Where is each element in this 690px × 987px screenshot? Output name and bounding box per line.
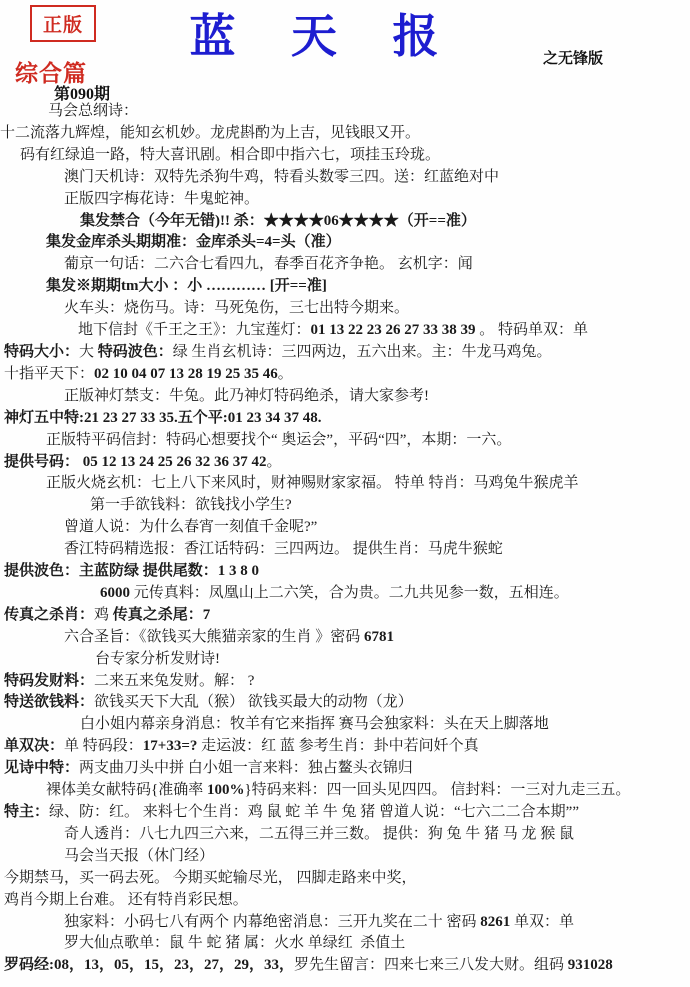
text-segment: 独家料：小码七八有两个 内幕绝密消息：三开九奖在二十 密码 xyxy=(64,914,480,930)
text-line: 台专家分析发财诗! xyxy=(0,649,690,671)
text-line: 6000 元传真料：凤凰山上二六笑，合为贵。二九共见参一数，五相连。 xyxy=(0,583,690,605)
text-segment: 提供波色：主蓝防绿 提供尾数： xyxy=(4,563,218,579)
text-line: 马会当天报（休门经） xyxy=(0,846,690,868)
text-line: 香江特码精选报：香江话特码：三四两边。 提供生肖：马虎牛猴蛇 xyxy=(0,539,690,561)
text-line: 独家料：小码七八有两个 内幕绝密消息：三开九奖在二十 密码 8261 单双：单 xyxy=(0,912,690,934)
text-segment: 。 xyxy=(278,366,293,382)
text-line: 传真之杀肖：鸡 传真之杀尾：7 xyxy=(0,605,690,627)
text-segment: 单双：单 xyxy=(510,914,574,930)
text-segment: 1 3 8 0 xyxy=(218,563,259,579)
text-segment: 01 13 22 23 26 27 33 38 39 xyxy=(311,322,476,338)
text-segment: 十二流落九辉煌，能知玄机妙。龙虎斟酌为上吉，见钱眼又开。 xyxy=(0,125,420,141)
text-segment: 马会总纲诗： xyxy=(48,103,138,119)
newspaper-page: 蓝 天 报 正版 之无锋版 综合篇 第090期 马会总纲诗：十二流落九辉煌，能知… xyxy=(0,0,690,987)
text-line: 白小姐内幕亲身消息：牧羊有它来指挥 赛马会独家料：头在天上脚落地 xyxy=(0,714,690,736)
text-segment: 地下信封《千王之王》：九宝莲灯： xyxy=(78,322,311,338)
text-segment: 台专家分析发财诗! xyxy=(95,651,220,667)
text-segment: 正版四字梅花诗：牛鬼蛇神。 xyxy=(64,191,259,207)
authentic-badge: 正版 xyxy=(30,5,96,42)
text-segment: 单 特码段： xyxy=(64,738,143,754)
text-segment: 特送欲钱料： xyxy=(4,694,94,710)
text-segment: 02 10 04 07 13 28 19 25 35 46 xyxy=(94,366,278,382)
text-segment: 7 xyxy=(203,607,211,623)
text-line: 正版四字梅花诗：牛鬼蛇神。 xyxy=(0,189,690,211)
text-segment: 集发※期期 xyxy=(46,278,121,294)
text-line: 神灯五中特:21 23 27 33 35.五个平:01 23 34 37 48. xyxy=(0,408,690,430)
text-segment: 罗先生留言：四来七来三八发大财。组码 xyxy=(294,957,568,973)
document-body: 马会总纲诗：十二流落九辉煌，能知玄机妙。龙虎斟酌为上吉，见钱眼又开。码有红绿追一… xyxy=(0,101,690,977)
text-line: 集发金库杀头期期准：金库杀头=4=头（准） xyxy=(0,232,690,254)
text-segment: 。 xyxy=(267,454,282,470)
text-segment: 特码大小： xyxy=(4,344,79,360)
text-line: 火车头：烧伤马。诗：马死兔伤，三七出特今期来。 xyxy=(0,298,690,320)
text-segment: 传真之杀尾： xyxy=(113,607,203,623)
text-segment: 十指平天下： xyxy=(4,366,94,382)
text-segment: 集发金库杀头期期准：金库杀头=4=头（准） xyxy=(46,234,341,250)
text-segment: 05 12 13 24 25 26 32 36 37 42 xyxy=(83,454,267,470)
text-segment: 走运波：红 蓝 参考生肖：卦中若问奷个真 xyxy=(197,738,478,754)
text-segment: 特主： xyxy=(4,804,49,820)
text-segment: tm xyxy=(121,278,139,294)
text-line: 特码大小：大 特码波色：绿 生肖玄机诗：三四两边，五六出来。主：牛龙马鸡兔。 xyxy=(0,342,690,364)
text-segment: 第一手欲钱料：欲钱找小学生? xyxy=(90,497,292,513)
text-line: 地下信封《千王之王》：九宝莲灯：01 13 22 23 26 27 33 38 … xyxy=(0,320,690,342)
text-segment: 马会当天报（休门经） xyxy=(64,848,214,864)
text-segment: 集发禁合（今年无错)!! 杀： xyxy=(80,213,264,229)
text-segment: ★★★★06★★★★ xyxy=(264,213,399,229)
text-line: 罗大仙点歌单：鼠 牛 蛇 猪 属：火水 单绿红 杀值土 xyxy=(0,933,690,955)
text-segment: 6000 xyxy=(100,585,130,601)
text-line: 第一手欲钱料：欲钱找小学生? xyxy=(0,495,690,517)
text-segment: 曾道人说：为什么春宵一刻值千金呢?” xyxy=(64,519,317,535)
text-line: 提供号码： 05 12 13 24 25 26 32 36 37 42。 xyxy=(0,452,690,474)
text-line: 特送欲钱料：欲钱买天下大乱（猴） 欲钱买最大的动物（龙） xyxy=(0,692,690,714)
text-line: 正版特平码信封：特码心想要找个“ 奥运会”，平码“四”，本期：一六。 xyxy=(0,430,690,452)
text-segment: 六合圣旨：《欲钱买大熊猫亲家的生肖 》密码 xyxy=(64,629,364,645)
text-segment: 单双决： xyxy=(4,738,64,754)
text-segment: 特码发财料： xyxy=(4,673,94,689)
text-line: 澳门天机诗：双特先杀狗牛鸡，特看头数零三四。送：红蓝绝对中 xyxy=(0,167,690,189)
text-segment: 大小 ：小 ………… [开==准] xyxy=(139,278,327,294)
text-line: 集发※期期tm大小 ：小 ………… [开==准] xyxy=(0,276,690,298)
text-line: 单双决：单 特码段：17+33=? 走运波：红 蓝 参考生肖：卦中若问奷个真 xyxy=(0,736,690,758)
text-segment: 裸体美女献特码{准确率 xyxy=(46,782,207,798)
text-segment: 传真之杀肖： xyxy=(4,607,94,623)
text-segment: 元传真料：凤凰山上二六笑，合为贵。二九共见参一数，五相连。 xyxy=(130,585,569,601)
text-segment: 白小姐内幕亲身消息：牧羊有它来指挥 赛马会独家料：头在天上脚落地 xyxy=(80,716,549,732)
text-segment: 今期禁马，买一码去死。 今期买蛇输尽光， 四脚走路来中奖， xyxy=(4,870,417,886)
text-line: 裸体美女献特码{准确率 100%}特码来料：四一回头见四四。 信封料：一三对九走… xyxy=(0,780,690,802)
text-segment: 08，13，05，15，23，27，29，33， xyxy=(54,957,294,973)
text-segment: 奇人透肖：八七九四三六来，二五得三并三数。 提供：狗 兔 牛 猪 马 龙 猴 鼠 xyxy=(64,826,574,842)
text-line: 六合圣旨：《欲钱买大熊猫亲家的生肖 》密码 6781 xyxy=(0,627,690,649)
text-segment: 香江特码精选报：香江话特码：三四两边。 提供生肖：马虎牛猴蛇 xyxy=(64,541,503,557)
text-segment: 21 23 27 33 35 xyxy=(84,410,174,426)
text-segment: 100% xyxy=(207,782,245,798)
text-segment: 火车头：烧伤马。诗：马死兔伤，三七出特今期来。 xyxy=(64,300,409,316)
text-segment: 。 特码单双：单 xyxy=(476,322,589,338)
text-segment: 绿 生肖玄机诗：三四两边，五六出来。主：牛龙马鸡兔。 xyxy=(173,344,552,360)
text-line: 集发禁合（今年无错)!! 杀：★★★★06★★★★（开==准） xyxy=(0,211,690,233)
text-segment: 欲钱买天下大乱（猴） 欲钱买最大的动物（龙） xyxy=(94,694,413,710)
text-segment: 6781 xyxy=(364,629,394,645)
text-line: 十二流落九辉煌，能知玄机妙。龙虎斟酌为上吉，见钱眼又开。 xyxy=(0,123,690,145)
text-segment: 提供号码： xyxy=(4,454,83,470)
text-line: 正版神灯禁支：牛兔。此乃神灯特码绝杀，请大家参考! xyxy=(0,386,690,408)
text-segment: 特码波色： xyxy=(98,344,173,360)
text-segment: 931028 xyxy=(568,957,613,973)
text-segment: 葡京一句话：二六合七看四九，春季百花齐争艳。 玄机字：闻 xyxy=(64,256,473,272)
text-segment: 澳门天机诗：双特先杀狗牛鸡，特看头数零三四。送：红蓝绝对中 xyxy=(64,169,499,185)
text-line: 曾道人说：为什么春宵一刻值千金呢?” xyxy=(0,517,690,539)
text-segment: 鸡肖今期上台难。 还有特肖彩民想。 xyxy=(4,892,248,908)
text-segment: 神灯五中特: xyxy=(4,410,84,426)
text-line: 见诗中特：两支曲刀头中拼 白小姐一言来料：独占鳌头衣锦归 xyxy=(0,758,690,780)
text-line: 提供波色：主蓝防绿 提供尾数：1 3 8 0 xyxy=(0,561,690,583)
text-segment: （开==准） xyxy=(399,213,476,229)
text-segment: 01 23 34 37 48. xyxy=(228,410,322,426)
text-segment: .五个平: xyxy=(174,410,228,426)
text-line: 码有红绿追一路，特大喜讯剧。相合即中指六七，项挂玉玲珑。 xyxy=(0,145,690,167)
text-segment: 码有红绿追一路，特大喜讯剧。相合即中指六七，项挂玉玲珑。 xyxy=(20,147,440,163)
text-line: 十指平天下：02 10 04 07 13 28 19 25 35 46。 xyxy=(0,364,690,386)
text-line: 正版火烧玄机：七上八下来风时，财神赐财家家福。 特单 特肖：马鸡兔牛猴虎羊 xyxy=(0,473,690,495)
text-line: 葡京一句话：二六合七看四九，春季百花齐争艳。 玄机字：闻 xyxy=(0,254,690,276)
text-segment: 罗码经: xyxy=(4,957,54,973)
text-segment: 二来五来兔发财。解： ? xyxy=(94,673,254,689)
text-line: 鸡肖今期上台难。 还有特肖彩民想。 xyxy=(0,890,690,912)
text-line: 罗码经:08，13，05，15，23，27，29，33，罗先生留言：四来七来三八… xyxy=(0,955,690,977)
text-line: 奇人透肖：八七九四三六来，二五得三并三数。 提供：狗 兔 牛 猪 马 龙 猴 鼠 xyxy=(0,824,690,846)
text-line: 今期禁马，买一码去死。 今期买蛇输尽光， 四脚走路来中奖， xyxy=(0,868,690,890)
text-segment: }特码来料：四一回头见四四。 信封料：一三对九走三五。 xyxy=(244,782,630,798)
text-segment: 绿、防：红。 来料七个生肖：鸡 鼠 蛇 羊 牛 兔 猪 曾道人说：“七六二二合本… xyxy=(49,804,579,820)
text-segment: 罗大仙点歌单：鼠 牛 蛇 猪 属：火水 单绿红 杀值土 xyxy=(64,935,405,951)
text-segment: 大 xyxy=(79,344,98,360)
text-segment: 鸡 xyxy=(94,607,113,623)
text-line: 特码发财料：二来五来兔发财。解： ? xyxy=(0,671,690,693)
text-line: 马会总纲诗： xyxy=(0,101,690,123)
text-line: 特主：绿、防：红。 来料七个生肖：鸡 鼠 蛇 羊 牛 兔 猪 曾道人说：“七六二… xyxy=(0,802,690,824)
text-segment: 两支曲刀头中拼 白小姐一言来料：独占鳌头衣锦归 xyxy=(79,760,413,776)
text-segment: 8261 xyxy=(480,914,510,930)
text-segment: 正版特平码信封：特码心想要找个“ 奥运会”，平码“四”，本期：一六。 xyxy=(46,432,511,448)
edition-label: 之无锋版 xyxy=(543,47,603,68)
text-segment: 正版火烧玄机：七上八下来风时，财神赐财家家福。 特单 特肖：马鸡兔牛猴虎羊 xyxy=(46,475,579,491)
text-segment: 见诗中特： xyxy=(4,760,79,776)
text-segment: 17+33=? xyxy=(143,738,198,754)
text-segment: 正版神灯禁支：牛兔。此乃神灯特码绝杀，请大家参考! xyxy=(64,388,429,404)
